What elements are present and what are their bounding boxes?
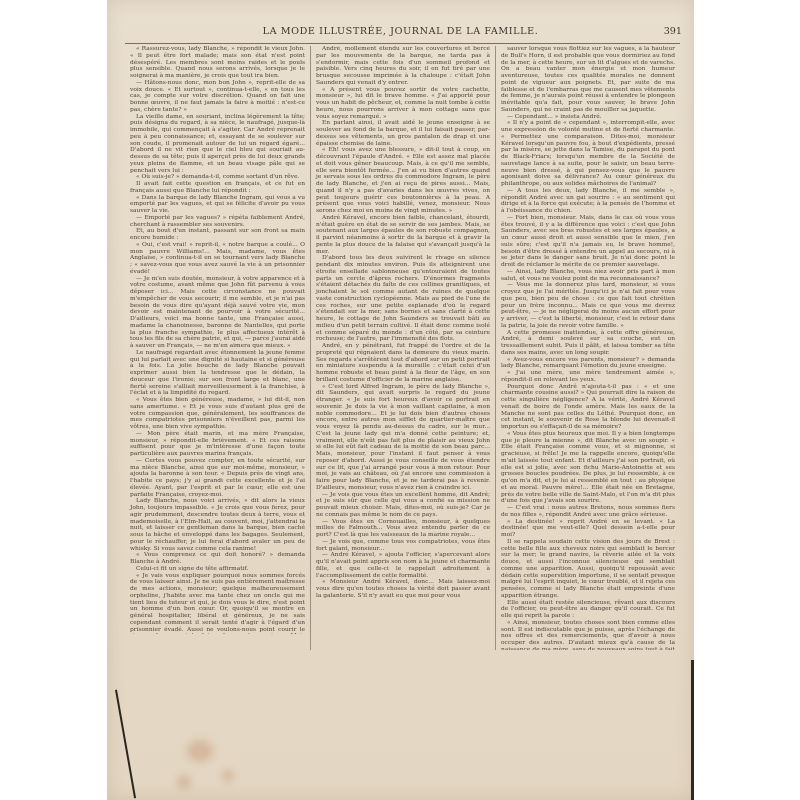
- stain: [177, 775, 191, 789]
- paragraph: « J'ai une mère, une mère tendrement aim…: [501, 370, 675, 384]
- paragraph: — Mon père était marin, et ma mère Franç…: [130, 431, 305, 458]
- paragraph: Et, au bout d'un instant, passant sur so…: [130, 228, 305, 242]
- stain: [222, 770, 234, 782]
- stain: [187, 740, 213, 762]
- paragraph: « Rassurez-vous, lady Blanche, » répondi…: [130, 46, 305, 80]
- paragraph: Pourquoi donc André n'ajouta-t-il pas : …: [501, 384, 675, 431]
- paragraph: Lady Blanche, nous voici arrivés, » dit …: [130, 498, 305, 552]
- paragraph: — A tous les deux, lady Blanche, il me s…: [501, 188, 675, 215]
- paragraph: « Ainsi, monsieur, toutes choses sont bi…: [501, 620, 675, 650]
- paragraph: « Vous comprenez ce qui doit honoré? » d…: [130, 552, 305, 566]
- paragraph: — Certes vous pouvez compter, en toute s…: [130, 458, 305, 499]
- paragraph: sauver lorsque vous flottiez sur les vag…: [501, 46, 675, 114]
- paragraph: « Oui, c'est vrai! » reprit-il, « notre …: [130, 242, 305, 276]
- paragraph: — Je m'en suis doutée, monsieur, à votre…: [130, 276, 305, 350]
- paragraph: « Dans la barque de lady Blanche Ingram,…: [130, 195, 305, 215]
- paragraph: — Vous êtes en Cornouailles, monsieur, à…: [316, 519, 490, 539]
- paragraph: André, en y pénétrant, fut frappé de l'o…: [316, 343, 490, 384]
- paragraph: Celui-ci fit un signe de tête affirmatif…: [130, 566, 305, 573]
- paragraph: — C'est vrai : nous autres Bretons, nous…: [501, 505, 675, 519]
- paragraph: — Emporté par les vagues? » répéta faibl…: [130, 215, 305, 229]
- paragraph: — Je vois que, comme tous vos compatriot…: [316, 539, 490, 553]
- paragraph: « Où suis-je? » demanda-t-il, comme sort…: [130, 174, 305, 181]
- paragraph: — Je vois que vous êtes un excellent hom…: [316, 492, 490, 519]
- column-1: « Rassurez-vous, lady Blanche, » répondi…: [125, 46, 310, 634]
- paragraph: — Hâtons-nous donc, mon bon John », repr…: [130, 80, 305, 114]
- paragraph: A cette promesse inattendue, à cette off…: [501, 330, 675, 357]
- paragraph: « Je vais vous expliquer pourquoi nous s…: [130, 573, 305, 635]
- paragraph: — André Kéravel, » ajouta l'officier, s'…: [316, 552, 490, 579]
- paragraph: « Vous êtes bien généreuse, madame, » lu…: [130, 397, 305, 431]
- paragraph: André Kéravel, encore bien faible, chanc…: [316, 215, 490, 256]
- paragraph: André, mollement étendu sur les couvertu…: [316, 46, 490, 87]
- paragraph: « Monsieur André Kéravel, donc... Mais l…: [316, 579, 490, 599]
- paragraph: « Avez-vous encore vos parents, monsieur…: [501, 357, 675, 371]
- paragraph: D'abord tous les deux suivirent le rivag…: [316, 255, 490, 343]
- newspaper-page: LA MODE ILLUSTRÉE, JOURNAL DE LA FAMILLE…: [107, 0, 694, 800]
- paragraph: — Cependant... » insista André.: [501, 114, 675, 121]
- paragraph: — Fort bien, monsieur. Mais, dans le cas…: [501, 215, 675, 269]
- masthead: LA MODE ILLUSTRÉE, JOURNAL DE LA FAMILLE…: [107, 26, 694, 42]
- paragraph: En parlant ainsi, il avait aidé le jeune…: [316, 120, 490, 147]
- page-number: 391: [664, 26, 682, 37]
- paragraph: « La destinée! » reprit André en se leva…: [501, 519, 675, 539]
- text-columns: « Rassurez-vous, lady Blanche, » répondi…: [125, 46, 680, 706]
- paragraph: — Vous me la donnerez plus tard, monsieu…: [501, 282, 675, 329]
- publication-title: LA MODE ILLUSTRÉE, JOURNAL DE LA FAMILLE…: [107, 26, 694, 37]
- paragraph: Le naufragé regardait avec étonnement la…: [130, 350, 305, 397]
- paragraph: « C'est lord Alfred Ingram, le père de l…: [316, 384, 490, 492]
- paragraph: — Ainsi, lady Blanche, vous niez avoir p…: [501, 269, 675, 283]
- paragraph: « Eh! vous avez une blessure, » dit-il t…: [316, 147, 490, 215]
- paragraph: La vieille dame, en souriant, inclina lé…: [130, 114, 305, 175]
- paragraph: Il se rappela soudain cette vision des j…: [501, 539, 675, 600]
- paragraph: « A présent vous pouvez sortir de votre …: [316, 87, 490, 121]
- column-3: sauver lorsque vous flottiez sur les vag…: [495, 46, 680, 650]
- header-rule: [125, 43, 680, 44]
- paragraph: Il avait fait cette question en français…: [130, 181, 305, 195]
- paragraph: « Vous êtes plus heureux que moi. Il y a…: [501, 431, 675, 505]
- paragraph: « Il n'y a point de « cependant », inter…: [501, 120, 675, 188]
- column-2: André, mollement étendu sur les couvertu…: [310, 46, 495, 650]
- paragraph: Elle aussi était restée silencieuse, rêv…: [501, 600, 675, 620]
